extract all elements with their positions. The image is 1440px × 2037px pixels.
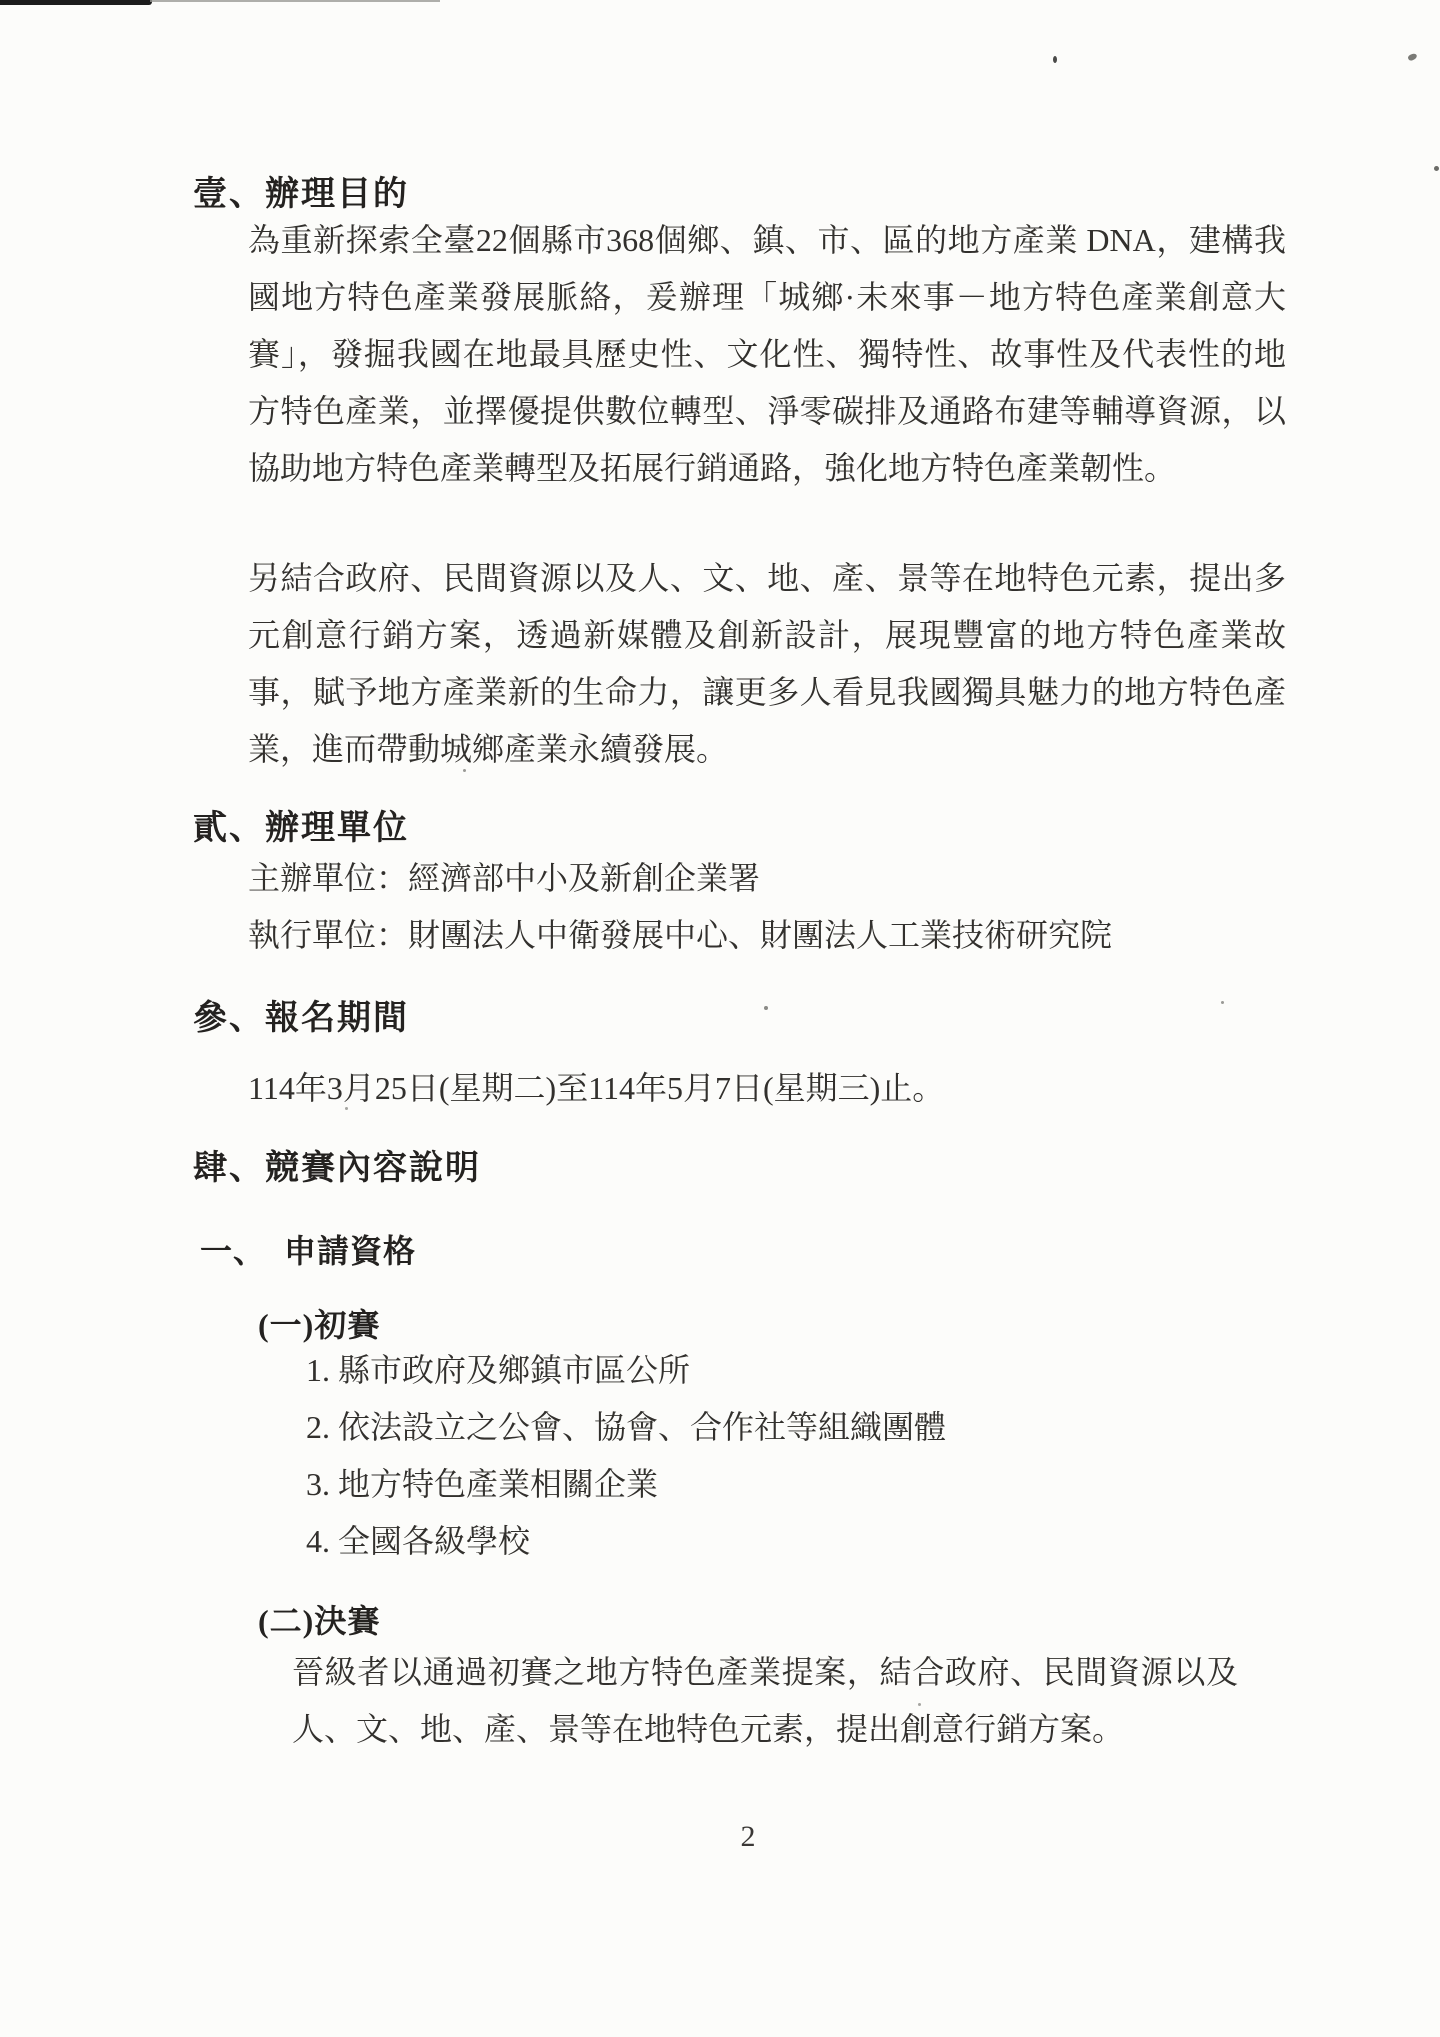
scan-smudge-top-left	[0, 0, 152, 5]
section-heading-competition-content: 肆、競賽內容說明	[193, 1140, 481, 1189]
scan-smudge-top-band	[150, 0, 440, 2]
organizer-line: 主辦單位：經濟部中小及新創企業署	[248, 850, 1112, 907]
subsection-title: 申請資格	[284, 1233, 416, 1269]
list-item: 4. 全國各級學校	[306, 1513, 946, 1570]
subsection-number: 一、	[200, 1233, 266, 1269]
eligibility-list: 1. 縣市政府及鄉鎮市區公所 2. 依法設立之公會、協會、合作社等組織團體 3.…	[306, 1342, 946, 1570]
scan-speck	[764, 1006, 768, 1010]
section-heading-registration-period: 參、報名期間	[193, 990, 409, 1039]
executor-line: 執行單位：財團法人中衛發展中心、財團法人工業技術研究院	[248, 907, 1112, 964]
section-heading-organizers: 貳、辦理單位	[193, 800, 409, 849]
group-heading-preliminary: (一)初賽	[258, 1300, 380, 1346]
purpose-paragraph-1: 為重新探索全臺22個縣市368個鄉、鎮、市、區的地方產業 DNA，建構我國地方特…	[248, 212, 1286, 497]
page-number: 2	[248, 1820, 1248, 1854]
scan-speck	[1053, 56, 1057, 63]
final-round-paragraph: 晉級者以通過初賽之地方特色產業提案，結合政府、民間資源以及人、文、地、產、景等在…	[292, 1644, 1238, 1758]
document-page: 壹、辦理目的 為重新探索全臺22個縣市368個鄉、鎮、市、區的地方產業 DNA，…	[0, 0, 1440, 2037]
registration-period-line: 114年3月25日(星期二)至114年5月7日(星期三)止。	[248, 1060, 944, 1117]
section-heading-purpose: 壹、辦理目的	[193, 166, 409, 215]
scan-speck	[1407, 52, 1418, 62]
subsection-eligibility: 一、申請資格	[200, 1226, 416, 1272]
purpose-paragraph-2: 另結合政府、民間資源以及人、文、地、產、景等在地特色元素，提出多元創意行銷方案，…	[248, 550, 1286, 778]
list-item: 1. 縣市政府及鄉鎮市區公所	[306, 1342, 946, 1399]
scan-speck	[1434, 166, 1439, 171]
list-item: 2. 依法設立之公會、協會、合作社等組織團體	[306, 1399, 946, 1456]
group-heading-final: (二)決賽	[258, 1596, 380, 1642]
scan-speck	[1221, 1001, 1224, 1004]
list-item: 3. 地方特色產業相關企業	[306, 1456, 946, 1513]
